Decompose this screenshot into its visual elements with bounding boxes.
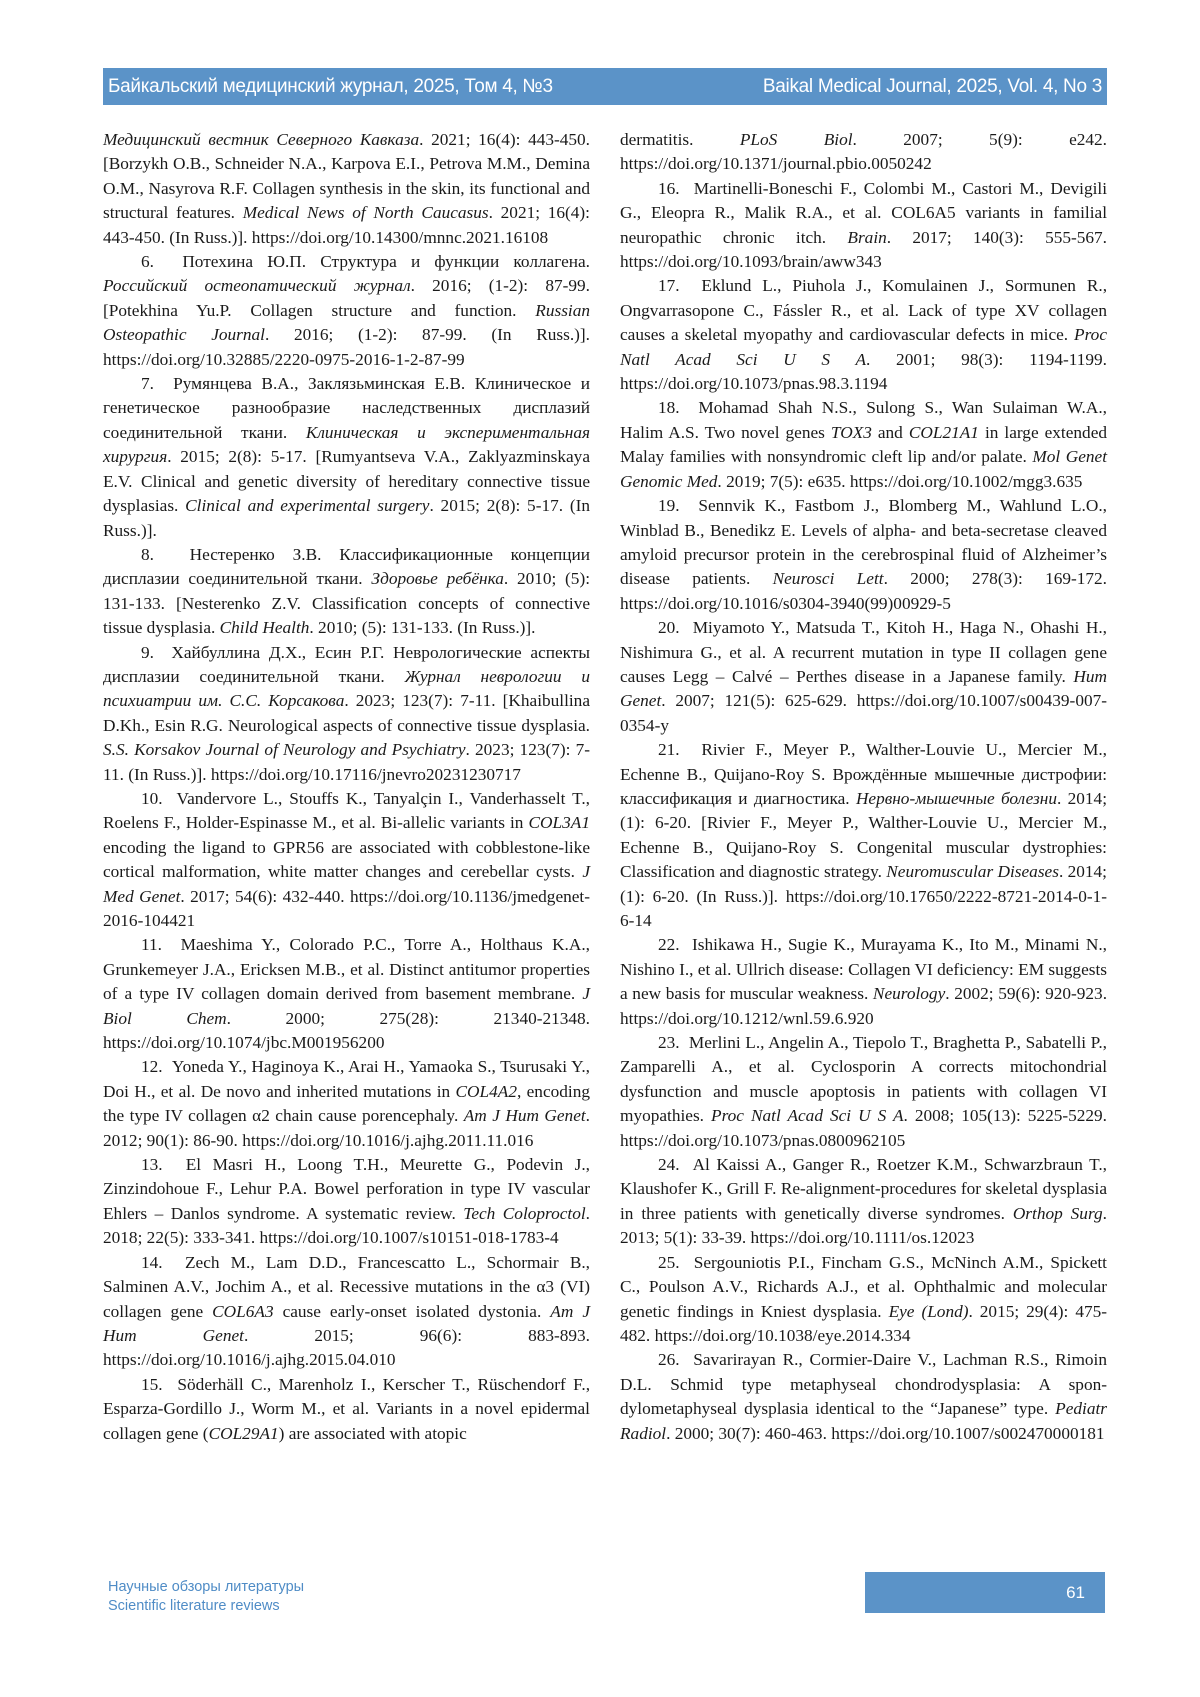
reference-text: Miyamoto Y., Matsuda T., Kitoh H., Haga … xyxy=(620,618,1107,686)
reference-continuation: dermatitis. PLoS Biol. 2007; 5(9): e242.… xyxy=(620,128,1107,177)
reference-item: 15. Söderhäll C., Marenholz I., Kerscher… xyxy=(103,1373,590,1446)
reference-italic-text: COL4A2 xyxy=(456,1082,517,1101)
reference-text: Maeshima Y., Colorado P.C., Torre A., Ho… xyxy=(103,935,590,1003)
reference-italic-text: Здоровье ребёнка xyxy=(371,569,504,588)
reference-number: 8. xyxy=(141,545,154,564)
reference-italic-text: COL29A1 xyxy=(209,1424,279,1443)
reference-text: dermatitis. xyxy=(620,130,740,149)
reference-italic-text: Am J Hum Genet xyxy=(464,1106,586,1125)
reference-text: . 2007; 121(5): 625-629. https://doi.org… xyxy=(620,691,1107,734)
reference-item: 10. Vandervore L., Stouffs K., Tanyalçin… xyxy=(103,787,590,933)
reference-number: 18. xyxy=(658,398,680,417)
reference-text: . 2010; (5): 131-133. (In Russ.)]. xyxy=(309,618,535,637)
reference-number: 7. xyxy=(141,374,154,393)
footer-section-ru: Научные обзоры литературы xyxy=(108,1578,304,1597)
reference-italic-text: Medical News of North Caucasus xyxy=(243,203,489,222)
reference-continuation: Медицинский вестник Северного Кавказа. 2… xyxy=(103,128,590,250)
reference-item: 7. Румянцева В.А., Заклязьминская Е.В. К… xyxy=(103,372,590,543)
reference-italic-text: COL21A1 xyxy=(909,423,979,442)
reference-item: 26. Savarirayan R., Cormier-Daire V., La… xyxy=(620,1348,1107,1446)
reference-item: 16. Martinelli-Boneschi F., Colombi M., … xyxy=(620,177,1107,275)
reference-number: 26. xyxy=(658,1350,680,1369)
page-number: 61 xyxy=(1066,1583,1085,1603)
header-journal-en: Baikal Medical Journal, 2025, Vol. 4, No… xyxy=(763,76,1102,98)
reference-text: Vandervore L., Stouffs K., Tanyalçin I.,… xyxy=(103,789,590,832)
reference-text: cause early-onset isolated dystonia. xyxy=(274,1302,551,1321)
reference-item: 11. Maeshima Y., Colorado P.C., Torre A.… xyxy=(103,933,590,1055)
reference-number: 21. xyxy=(658,740,680,759)
reference-text: ) are associated with atopic xyxy=(279,1424,467,1443)
reference-number: 10. xyxy=(141,789,163,808)
reference-italic-text: Clinical and experimental surgery xyxy=(185,496,429,515)
reference-text: and xyxy=(872,423,909,442)
reference-item: 12. Yoneda Y., Haginoya K., Arai H., Yam… xyxy=(103,1055,590,1153)
reference-column-right: dermatitis. PLoS Biol. 2007; 5(9): e242.… xyxy=(620,128,1107,1568)
reference-italic-text: S.S. Korsakov Journal of Neurology and P… xyxy=(103,740,466,759)
reference-text: . 2000; 30(7): 460-463. https://doi.org/… xyxy=(666,1424,1104,1443)
reference-italic-text: Eye (Lond) xyxy=(889,1302,969,1321)
references-body: Медицинский вестник Северного Кавказа. 2… xyxy=(103,128,1107,1568)
reference-italic-text: Neurosci Lett xyxy=(773,569,884,588)
reference-item: 19. Sennvik K., Fastbom J., Blomberg M.,… xyxy=(620,494,1107,616)
reference-item: 17. Eklund L., Piuhola J., Komulainen J.… xyxy=(620,274,1107,396)
reference-item: 6. Потехина Ю.П. Структура и функции кол… xyxy=(103,250,590,372)
reference-italic-text: Neuromuscular Diseases xyxy=(886,862,1059,881)
reference-italic-text: Медицинский вестник Северного Кавказа xyxy=(103,130,419,149)
reference-item: 20. Miyamoto Y., Matsuda T., Kitoh H., H… xyxy=(620,616,1107,738)
reference-number: 19. xyxy=(658,496,680,515)
reference-item: 9. Хайбуллина Д.Х., Есин Р.Г. Неврологич… xyxy=(103,641,590,787)
reference-item: 23. Merlini L., Angelin A., Tiepolo T., … xyxy=(620,1031,1107,1153)
reference-text: Потехина Ю.П. Структура и функции коллаг… xyxy=(182,252,590,271)
reference-number: 11. xyxy=(141,935,162,954)
reference-column-left: Медицинский вестник Северного Кавказа. 2… xyxy=(103,128,590,1568)
reference-italic-text: Нервно-мышечные болезни xyxy=(856,789,1057,808)
reference-number: 16. xyxy=(658,179,680,198)
reference-item: 18. Mohamad Shah N.S., Sulong S., Wan Su… xyxy=(620,396,1107,494)
reference-item: 14. Zech M., Lam D.D., Francescatto L., … xyxy=(103,1251,590,1373)
reference-italic-text: Tech Coloproctol xyxy=(463,1204,585,1223)
running-header: Байкальский медицинский журнал, 2025, То… xyxy=(103,68,1107,105)
reference-italic-text: TOX3 xyxy=(831,423,872,442)
reference-item: 21. Rivier F., Meyer P., Walther-Louvie … xyxy=(620,738,1107,933)
reference-text: encoding the ligand to GPR56 are associa… xyxy=(103,838,590,881)
footer-section-en: Scientific literature reviews xyxy=(108,1597,304,1616)
reference-number: 22. xyxy=(658,935,680,954)
reference-number: 20. xyxy=(658,618,680,637)
reference-number: 9. xyxy=(141,643,154,662)
footer-section-label: Научные обзоры литературы Scientific lit… xyxy=(108,1578,304,1616)
header-journal-ru: Байкальский медицинский журнал, 2025, То… xyxy=(108,76,553,98)
reference-italic-text: Child Health xyxy=(220,618,310,637)
page-number-box: 61 xyxy=(865,1572,1105,1613)
reference-item: 25. Sergouniotis P.I., Fincham G.S., McN… xyxy=(620,1251,1107,1349)
reference-number: 12. xyxy=(141,1057,163,1076)
reference-number: 23. xyxy=(658,1033,680,1052)
reference-number: 24. xyxy=(658,1155,680,1174)
reference-text: . 2019; 7(5): e635. https://doi.org/10.1… xyxy=(717,472,1082,491)
reference-text: Eklund L., Piuhola J., Komulainen J., So… xyxy=(620,276,1107,344)
reference-italic-text: PLoS Biol xyxy=(740,130,853,149)
reference-number: 15. xyxy=(141,1375,163,1394)
reference-italic-text: Brain xyxy=(847,228,886,247)
reference-italic-text: Proc Natl Acad Sci U S A xyxy=(711,1106,904,1125)
reference-number: 13. xyxy=(141,1155,163,1174)
reference-italic-text: COL3A1 xyxy=(529,813,590,832)
reference-number: 17. xyxy=(658,276,680,295)
reference-number: 25. xyxy=(658,1253,680,1272)
reference-number: 14. xyxy=(141,1253,163,1272)
reference-italic-text: COL6A3 xyxy=(212,1302,273,1321)
reference-number: 6. xyxy=(141,252,154,271)
reference-text: Savarirayan R., Cormier-Daire V., Lachma… xyxy=(620,1350,1107,1418)
reference-item: 24. Al Kaissi A., Ganger R., Roetzer K.M… xyxy=(620,1153,1107,1251)
reference-italic-text: Orthop Surg xyxy=(1013,1204,1103,1223)
reference-item: 13. El Masri H., Loong T.H., Meurette G.… xyxy=(103,1153,590,1251)
reference-italic-text: Neurology xyxy=(873,984,945,1003)
reference-italic-text: Российский остеопатический журнал xyxy=(103,276,411,295)
reference-item: 22. Ishikawa H., Sugie K., Murayama K., … xyxy=(620,933,1107,1031)
reference-item: 8. Нестеренко З.В. Классификационные кон… xyxy=(103,543,590,641)
